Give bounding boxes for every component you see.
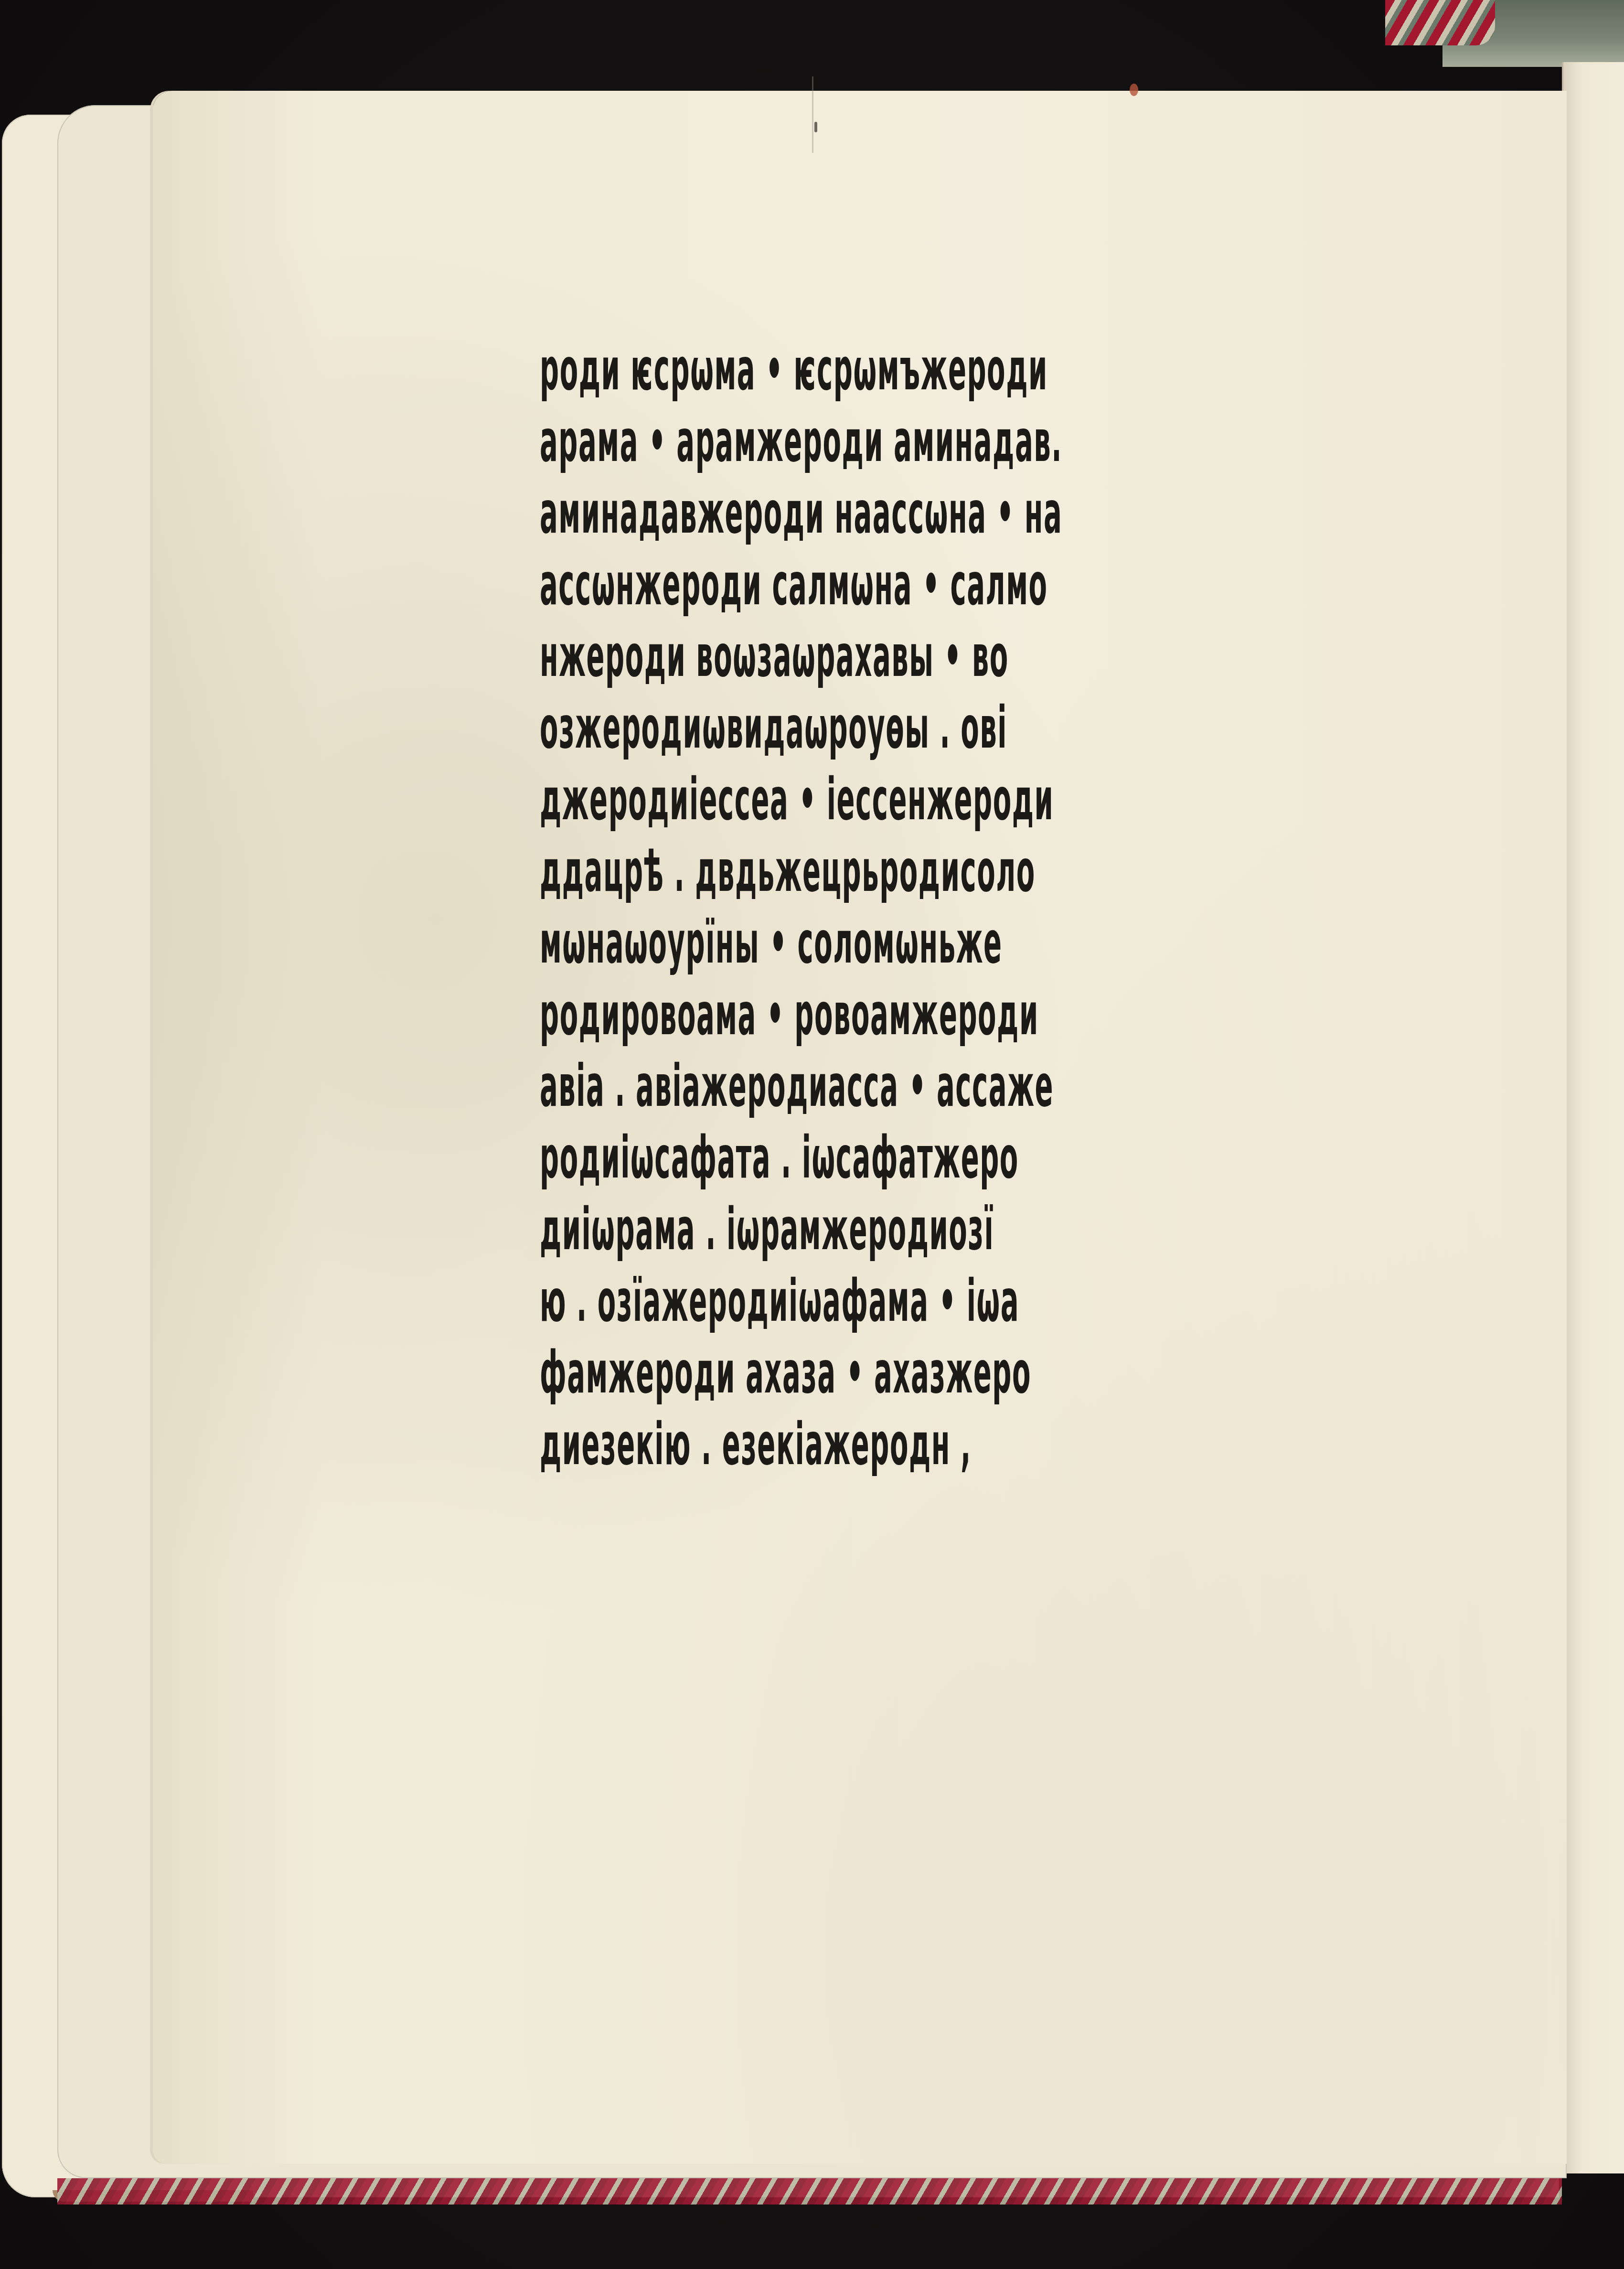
binding-braid-bottom	[57, 2178, 1562, 2205]
red-stain	[1130, 84, 1138, 96]
text-line: диезекію . езекіажеродн ,	[540, 1409, 1447, 1481]
next-page-edge	[1562, 62, 1624, 2173]
paper-crease	[812, 76, 813, 153]
binding-cloth-top	[1442, 0, 1624, 67]
manuscript-text: роди ѥсрѡма • ѥсрѡмъжероди арама • арамж…	[540, 334, 1447, 1481]
ink-mark	[814, 122, 817, 132]
